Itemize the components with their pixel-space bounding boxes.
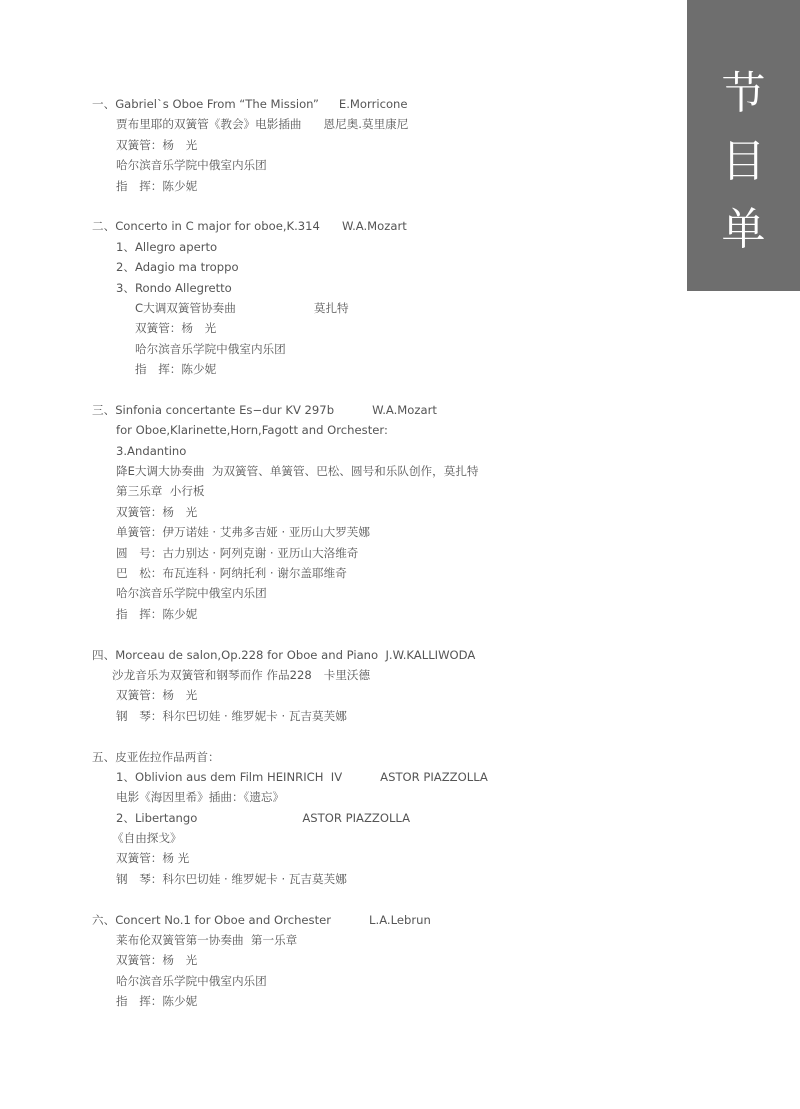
composer: L.A.Lebrun bbox=[369, 913, 431, 927]
instrumentation: for Oboe,Klarinette,Horn,Fagott and Orch… bbox=[92, 420, 652, 440]
line-text: 贾布里耶的双簧管《教会》电影插曲 bbox=[116, 117, 302, 131]
composer: ASTOR PIAZZOLLA bbox=[380, 770, 488, 784]
program-item-5: 五、皮亚佐拉作品两首： 1、Oblivion aus dem Film HEIN… bbox=[92, 747, 652, 890]
piece-title: 四、Morceau de salon,Op.228 for Oboe and P… bbox=[92, 648, 475, 662]
performer-piano: 钢 琴：科尔巴切娃 · 维罗妮卡 · 瓦吉莫芙娜 bbox=[92, 706, 652, 726]
line-text: 沙龙音乐为双簧管和钢琴而作 作品228 bbox=[112, 668, 312, 682]
composer-chinese: 莫扎特 bbox=[314, 301, 349, 315]
performer-bassoon: 巴 松：布瓦连科 · 阿纳托利 · 谢尔盖耶维奇 bbox=[92, 563, 652, 583]
piece-1-chinese: 电影《海因里希》插曲：《遗忘》 bbox=[92, 787, 652, 807]
piece-title: 六、Concert No.1 for Oboe and Orchester bbox=[92, 913, 331, 927]
chinese-title: 莱布伦双簧管第一协奏曲 第一乐章 bbox=[92, 930, 652, 950]
movement: 3.Andantino bbox=[92, 441, 652, 461]
program-item-1: 一、Gabriel`s Oboe From “The Mission”E.Mor… bbox=[92, 94, 652, 196]
program-title-banner: 节 目 单 bbox=[687, 0, 800, 291]
composer: W.A.Mozart bbox=[372, 403, 437, 417]
piece-title: 五、皮亚佐拉作品两首： bbox=[92, 750, 220, 764]
program-item-heading: 三、Sinfonia concertante Es−dur KV 297bW.A… bbox=[92, 400, 652, 420]
piece-title: 一、Gabriel`s Oboe From “The Mission” bbox=[92, 97, 319, 111]
performer-horn: 圆 号：古力别达 · 阿列克谢 · 亚历山大洛维奇 bbox=[92, 543, 652, 563]
program-item-heading: 五、皮亚佐拉作品两首： bbox=[92, 747, 652, 767]
conductor: 指 挥：陈少妮 bbox=[92, 176, 652, 196]
performer-clarinet: 单簧管：伊万诺娃 · 艾弗多吉娅 · 亚历山大罗芙娜 bbox=[92, 522, 652, 542]
chinese-title: C大调双簧管协奏曲莫扎特 bbox=[92, 298, 652, 318]
chinese-title: 沙龙音乐为双簧管和钢琴而作 作品228卡里沃德 bbox=[92, 665, 652, 685]
title-char-2: 目 bbox=[687, 128, 800, 196]
movement-1: 1、Allegro aperto bbox=[92, 237, 652, 257]
composer: W.A.Mozart bbox=[342, 219, 407, 233]
program-item-heading: 四、Morceau de salon,Op.228 for Oboe and P… bbox=[92, 645, 652, 665]
piece-2-title: 2、LibertangoASTOR PIAZZOLLA bbox=[92, 808, 652, 828]
program-item-4: 四、Morceau de salon,Op.228 for Oboe and P… bbox=[92, 645, 652, 727]
ensemble: 哈尔滨音乐学院中俄室内乐团 bbox=[92, 155, 652, 175]
performer-oboe: 双簧管：杨 光 bbox=[92, 318, 652, 338]
performer-oboe: 双簧管：杨 光 bbox=[92, 502, 652, 522]
performer-piano: 钢 琴：科尔巴切娃 · 维罗妮卡 · 瓦吉莫芙娜 bbox=[92, 869, 652, 889]
line-text: C大调双簧管协奏曲 bbox=[135, 301, 236, 315]
movement-3: 3、Rondo Allegretto bbox=[92, 278, 652, 298]
title-char-3: 单 bbox=[687, 196, 800, 264]
conductor: 指 挥：陈少妮 bbox=[92, 359, 652, 379]
chinese-title: 降E大调大协奏曲 为双簧管、单簧管、巴松、圆号和乐队创作，莫扎特 bbox=[92, 461, 652, 481]
program-item-heading: 一、Gabriel`s Oboe From “The Mission”E.Mor… bbox=[92, 94, 652, 114]
program-item-6: 六、Concert No.1 for Oboe and OrchesterL.A… bbox=[92, 910, 652, 1012]
ensemble: 哈尔滨音乐学院中俄室内乐团 bbox=[92, 583, 652, 603]
performer-oboe: 双簧管：杨 光 bbox=[92, 950, 652, 970]
composer: ASTOR PIAZZOLLA bbox=[302, 811, 410, 825]
line-text: 2、Libertango bbox=[116, 811, 197, 825]
conductor: 指 挥：陈少妮 bbox=[92, 604, 652, 624]
conductor: 指 挥：陈少妮 bbox=[92, 991, 652, 1011]
performer-oboe: 双簧管：杨 光 bbox=[92, 685, 652, 705]
title-char-1: 节 bbox=[687, 60, 800, 128]
program-item-2: 二、Concerto in C major for oboe,K.314W.A.… bbox=[92, 216, 652, 379]
ensemble: 哈尔滨音乐学院中俄室内乐团 bbox=[92, 339, 652, 359]
chinese-title: 贾布里耶的双簧管《教会》电影插曲恩尼奥.莫里康尼 bbox=[92, 114, 652, 134]
ensemble: 哈尔滨音乐学院中俄室内乐团 bbox=[92, 971, 652, 991]
composer-chinese: 恩尼奥.莫里康尼 bbox=[324, 117, 409, 131]
program-list: 一、Gabriel`s Oboe From “The Mission”E.Mor… bbox=[92, 94, 652, 1032]
program-item-heading: 二、Concerto in C major for oboe,K.314W.A.… bbox=[92, 216, 652, 236]
piece-title: 三、Sinfonia concertante Es−dur KV 297b bbox=[92, 403, 334, 417]
program-item-heading: 六、Concert No.1 for Oboe and OrchesterL.A… bbox=[92, 910, 652, 930]
program-item-3: 三、Sinfonia concertante Es−dur KV 297bW.A… bbox=[92, 400, 652, 624]
piece-2-chinese: 《自由探戈》 bbox=[92, 828, 652, 848]
chinese-movement: 第三乐章 小行板 bbox=[92, 481, 652, 501]
performer-oboe: 双簧管：杨 光 bbox=[92, 848, 652, 868]
piece-1-title: 1、Oblivion aus dem Film HEINRICH IVASTOR… bbox=[92, 767, 652, 787]
composer: E.Morricone bbox=[339, 97, 408, 111]
line-text: 1、Oblivion aus dem Film HEINRICH IV bbox=[116, 770, 342, 784]
piece-title: 二、Concerto in C major for oboe,K.314 bbox=[92, 219, 320, 233]
movement-2: 2、Adagio ma troppo bbox=[92, 257, 652, 277]
composer-chinese: 卡里沃德 bbox=[324, 668, 370, 682]
performer-oboe: 双簧管：杨 光 bbox=[92, 135, 652, 155]
